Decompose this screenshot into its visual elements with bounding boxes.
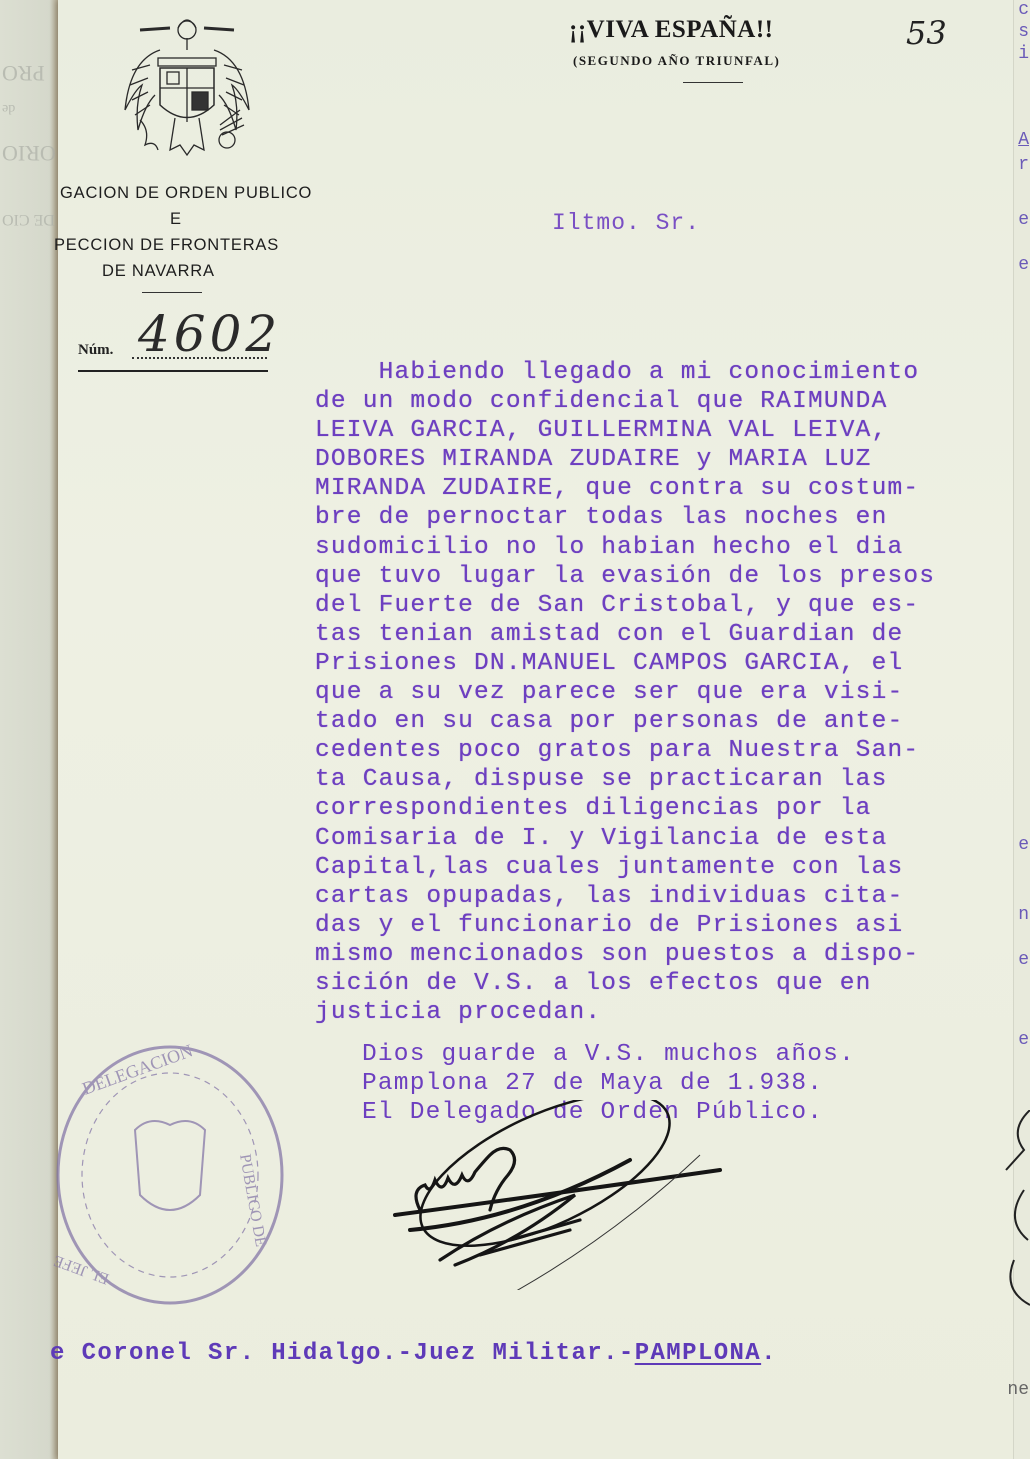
body-line: correspondientes diligencias por la — [315, 794, 1030, 823]
addressee-city: PAMPLONA — [635, 1340, 761, 1367]
body-line: cedentes poco gratos para Nuestra San- — [315, 736, 1030, 765]
underlying-text: ORIO — [2, 140, 56, 166]
eagle-coat-of-arms-icon — [120, 10, 254, 160]
adjacent-text: e — [1018, 255, 1029, 275]
body-line: LEIVA GARCIA, GUILLERMINA VAL LEIVA, — [315, 416, 1030, 445]
svg-text:DELEGACION: DELEGACION — [80, 1040, 196, 1098]
salutation: Iltmo. Sr. — [552, 210, 700, 236]
body-line: ta Causa, dispuse se practicaran las — [315, 765, 1030, 794]
body-line: sición de V.S. a los efectos que en — [315, 969, 1030, 998]
underlying-text: PRO — [2, 60, 45, 86]
body-line: del Fuerte de San Cristobal, y que es- — [315, 591, 1030, 620]
adjacent-page-signature — [1004, 1110, 1030, 1310]
adjacent-text: n — [1018, 905, 1029, 925]
body-line: das y el funcionario de Prisiones asi — [315, 911, 1030, 940]
closing-line: Dios guarde a V.S. muchos años. — [362, 1040, 855, 1069]
official-seal-stamp-icon: DELEGACION PUBLICO DE EL JEFE — [50, 1035, 290, 1305]
adjacent-text: s — [1018, 22, 1029, 42]
svg-text:PUBLICO DE: PUBLICO DE — [236, 1153, 269, 1248]
addressee-text: e Coronel Sr. Hidalgo.-Juez Militar.- — [50, 1340, 635, 1367]
body-line: mismo mencionados son puestos a dispo- — [315, 940, 1030, 969]
body-line: bre de pernoctar todas las noches en — [315, 503, 1030, 532]
body-line: que tuvo lugar la evasión de los presos — [315, 562, 1030, 591]
adjacent-text: e — [1018, 1030, 1029, 1050]
adjacent-text: e — [1018, 210, 1029, 230]
underlying-text: DE CIO — [2, 210, 55, 228]
svg-text:EL JEFE: EL JEFE — [51, 1252, 111, 1288]
body-line: Comisaria de I. y Vigilancia de esta — [315, 824, 1030, 853]
divider — [78, 370, 268, 372]
adjacent-text: e — [1018, 950, 1029, 970]
header-motto: ¡¡VIVA ESPAÑA!! — [569, 16, 774, 44]
header-subtitle: (SEGUNDO AÑO TRIUNFAL) — [573, 53, 780, 69]
body-line: DOBORES MIRANDA ZUDAIRE y MARIA LUZ — [315, 445, 1030, 474]
body-line: tas tenian amistad con el Guardian de — [315, 620, 1030, 649]
divider — [142, 292, 202, 293]
number-label: Núm. — [78, 342, 113, 359]
body-line: justicia procedan. — [315, 998, 1030, 1027]
body-line: tado en su casa por personas de ante- — [315, 707, 1030, 736]
letterhead-line: PECCION DE FRONTERAS — [52, 232, 372, 258]
body-line: cartas opupadas, las individuas cita- — [315, 882, 1030, 911]
letterhead-line: GACION DE ORDEN PUBLICO — [52, 180, 372, 206]
adjacent-text: A — [1018, 130, 1029, 150]
body-line: que a su vez parece ser que era visi- — [315, 678, 1030, 707]
body-line: Prisiones DN.MANUEL CAMPOS GARCIA, el — [315, 649, 1030, 678]
handwritten-signature — [380, 1100, 780, 1290]
body-line: Capital,las cuales juntamente con las — [315, 853, 1030, 882]
letterhead: GACION DE ORDEN PUBLICO E PECCION DE FRO… — [52, 180, 372, 284]
underlying-text: de — [2, 100, 15, 116]
adjacent-text: c — [1018, 0, 1029, 20]
body-line: MIRANDA ZUDAIRE, que contra su costum- — [315, 474, 1030, 503]
adjacent-text: r — [1018, 155, 1029, 175]
adjacent-text: ne — [1007, 1380, 1029, 1400]
divider — [683, 82, 743, 83]
body-line: sudomicilio no lo habian hecho el dia — [315, 533, 1030, 562]
page-number: 53 — [906, 14, 947, 52]
addressee-suffix: . — [761, 1340, 777, 1367]
body-line: Habiendo llegado a mi conocimiento — [315, 358, 1030, 387]
body-line: de un modo confidencial que RAIMUNDA — [315, 387, 1030, 416]
reference-number: 4602 — [138, 305, 281, 363]
adjacent-text: i — [1018, 44, 1029, 64]
addressee-line: e Coronel Sr. Hidalgo.-Juez Militar.-PAM… — [50, 1340, 777, 1367]
letterhead-line: DE NAVARRA — [52, 258, 372, 284]
adjacent-text: e — [1018, 835, 1029, 855]
letterhead-line: E — [52, 206, 372, 232]
letter-body: Habiendo llegado a mi conocimientode un … — [315, 358, 1030, 1027]
closing-line: Pamplona 27 de Maya de 1.938. — [362, 1069, 855, 1098]
